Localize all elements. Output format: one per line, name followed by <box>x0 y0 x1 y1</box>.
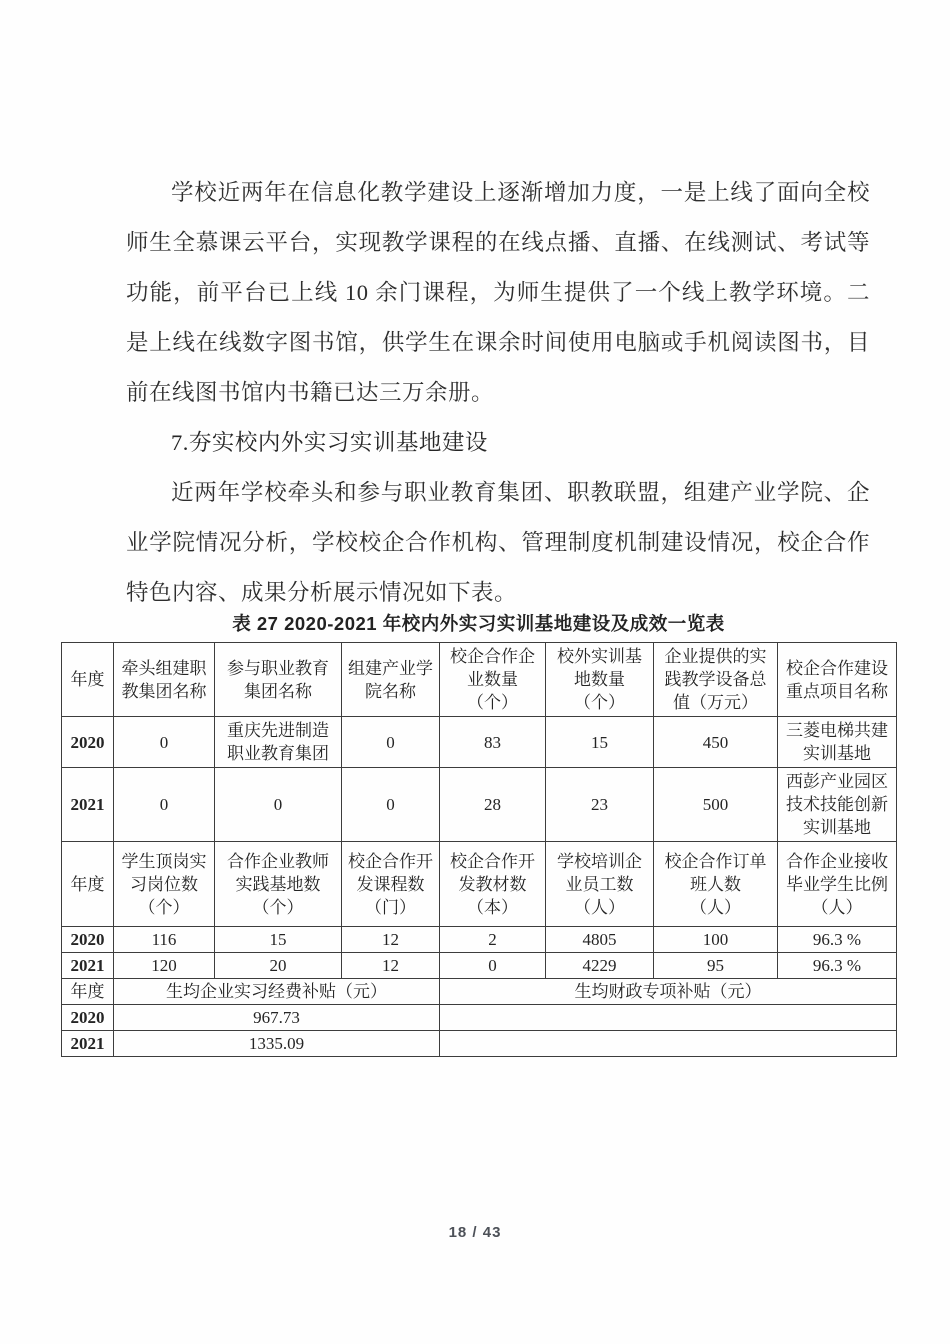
table-cell: 0 <box>342 768 440 842</box>
table-cell: 三菱电梯共建 实训基地 <box>778 717 897 768</box>
header-cell: 年度 <box>62 643 114 717</box>
paragraph-1: 学校近两年在信息化教学建设上逐渐增加力度，一是上线了面向全校师生全慕课云平台，实… <box>126 168 870 418</box>
header-cell: 年度 <box>62 842 114 927</box>
table-header-row: 年度学生顶岗实 习岗位数 （个）合作企业教师 实践基地数 （个）校企合作开 发课… <box>62 842 897 927</box>
table-header-row: 年度牵头组建职 教集团名称参与职业教育 集团名称组建产业学 院名称校企合作企 业… <box>62 643 897 717</box>
table-row: 20200重庆先进制造 职业教育集团08315450三菱电梯共建 实训基地 <box>62 717 897 768</box>
table-cell: 116 <box>114 927 215 953</box>
table-cell: 0 <box>440 953 546 979</box>
table-row: 2020967.73 <box>62 1005 897 1031</box>
header-cell: 校企合作建设 重点项目名称 <box>778 643 897 717</box>
year-cell: 2020 <box>62 717 114 768</box>
table-cell: 0 <box>342 717 440 768</box>
section-heading: 7.夯实校内外实习实训基地建设 <box>126 418 870 468</box>
table-cell: 重庆先进制造 职业教育集团 <box>215 717 342 768</box>
table-cell: 96.3 % <box>778 927 897 953</box>
header-cell: 校企合作订单 班人数 （人） <box>654 842 778 927</box>
table-cell: 15 <box>215 927 342 953</box>
table-cell: 96.3 % <box>778 953 897 979</box>
table-row: 20210002823500西彭产业园区 技术技能创新 实训基地 <box>62 768 897 842</box>
table-cell: 4805 <box>546 927 654 953</box>
header-cell: 校外实训基 地数量 （个） <box>546 643 654 717</box>
header-cell: 生均财政专项补贴（元） <box>440 979 897 1005</box>
table-cell: 1335.09 <box>114 1031 440 1057</box>
page-number: 18 / 43 <box>0 1224 950 1241</box>
table-cell <box>440 1005 897 1031</box>
header-cell: 企业提供的实 践教学设备总 值（万元） <box>654 643 778 717</box>
header-cell: 生均企业实习经费补贴（元） <box>114 979 440 1005</box>
body-text: 学校近两年在信息化教学建设上逐渐增加力度，一是上线了面向全校师生全慕课云平台，实… <box>126 168 870 618</box>
header-cell: 校企合作企 业数量 （个） <box>440 643 546 717</box>
table-cell: 20 <box>215 953 342 979</box>
header-cell: 学校培训企 业员工数 （人） <box>546 842 654 927</box>
paragraph1-line: 功能，前平台已上线 10 余门课程，为师生提供了一个线上教学环境。二 <box>126 268 870 318</box>
table-caption: 表 27 2020-2021 年校内外实习实训基地建设及成效一览表 <box>61 610 896 636</box>
table-cell: 12 <box>342 953 440 979</box>
table-cell: 0 <box>215 768 342 842</box>
table-cell: 28 <box>440 768 546 842</box>
paragraph2-line: 业学院情况分析，学校校企合作机构、管理制度机制建设情况，校企合作 <box>126 518 870 568</box>
year-cell: 2020 <box>62 1005 114 1031</box>
year-cell: 2020 <box>62 927 114 953</box>
table-cell: 2 <box>440 927 546 953</box>
table-cell: 500 <box>654 768 778 842</box>
table-cell: 83 <box>440 717 546 768</box>
header-cell: 合作企业教师 实践基地数 （个） <box>215 842 342 927</box>
table-cell: 23 <box>546 768 654 842</box>
table-body: 年度牵头组建职 教集团名称参与职业教育 集团名称组建产业学 院名称校企合作企 业… <box>62 643 897 1057</box>
paragraph1-line: 师生全慕课云平台，实现教学课程的在线点播、直播、在线测试、考试等 <box>126 218 870 268</box>
table-row: 202011615122480510096.3 % <box>62 927 897 953</box>
header-cell: 校企合作开 发教材数 （本） <box>440 842 546 927</box>
header-cell: 校企合作开 发课程数 （门） <box>342 842 440 927</box>
table-cell: 15 <box>546 717 654 768</box>
table-row: 20211202012042299596.3 % <box>62 953 897 979</box>
training-base-table: 年度牵头组建职 教集团名称参与职业教育 集团名称组建产业学 院名称校企合作企 业… <box>61 642 897 1057</box>
table-cell: 0 <box>114 717 215 768</box>
table-cell: 967.73 <box>114 1005 440 1031</box>
header-cell: 组建产业学 院名称 <box>342 643 440 717</box>
table-cell: 0 <box>114 768 215 842</box>
year-cell: 2021 <box>62 1031 114 1057</box>
paragraph1-line: 学校近两年在信息化教学建设上逐渐增加力度，一是上线了面向全校 <box>126 168 870 218</box>
table-header-row: 年度生均企业实习经费补贴（元）生均财政专项补贴（元） <box>62 979 897 1005</box>
header-cell: 合作企业接收 毕业学生比例 （人） <box>778 842 897 927</box>
paragraph2-line: 近两年学校牵头和参与职业教育集团、职教联盟，组建产业学院、企 <box>126 468 870 518</box>
header-cell: 牵头组建职 教集团名称 <box>114 643 215 717</box>
table-cell: 95 <box>654 953 778 979</box>
header-cell: 年度 <box>62 979 114 1005</box>
year-cell: 2021 <box>62 768 114 842</box>
table-cell: 450 <box>654 717 778 768</box>
header-cell: 学生顶岗实 习岗位数 （个） <box>114 842 215 927</box>
table-cell: 120 <box>114 953 215 979</box>
table-cell: 西彭产业园区 技术技能创新 实训基地 <box>778 768 897 842</box>
year-cell: 2021 <box>62 953 114 979</box>
document-page: { "document": { "paragraph1": [ {"text":… <box>0 0 950 1344</box>
paragraph1-line: 是上线在线数字图书馆，供学生在课余时间使用电脑或手机阅读图书，目 <box>126 318 870 368</box>
table-row: 20211335.09 <box>62 1031 897 1057</box>
table-cell: 4229 <box>546 953 654 979</box>
table-cell: 12 <box>342 927 440 953</box>
paragraph1-line: 前在线图书馆内书籍已达三万余册。 <box>126 368 870 418</box>
header-cell: 参与职业教育 集团名称 <box>215 643 342 717</box>
paragraph-2: 近两年学校牵头和参与职业教育集团、职教联盟，组建产业学院、企业学院情况分析，学校… <box>126 468 870 618</box>
scanned-page-background: 学校近两年在信息化教学建设上逐渐增加力度，一是上线了面向全校师生全慕课云平台，实… <box>0 0 950 1344</box>
table-cell <box>440 1031 897 1057</box>
table-cell: 100 <box>654 927 778 953</box>
